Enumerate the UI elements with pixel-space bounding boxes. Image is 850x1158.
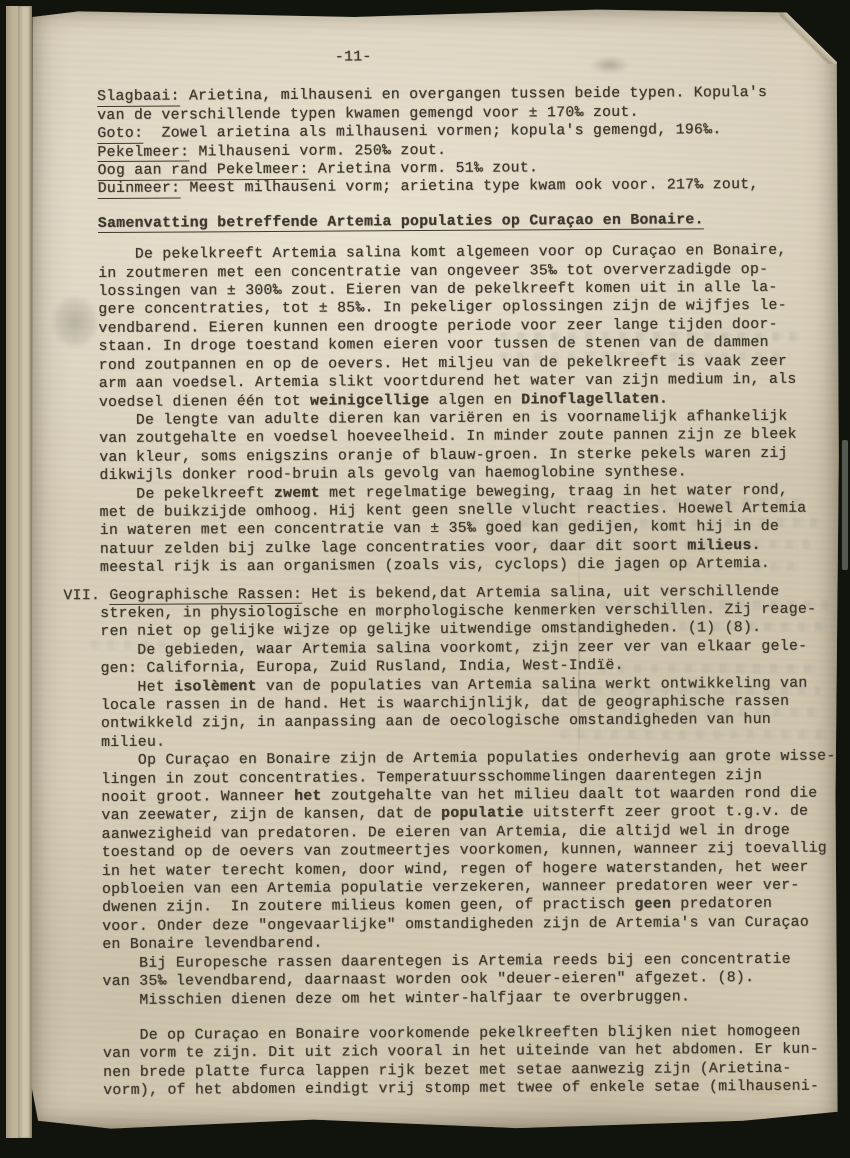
- typewritten-content: -11- Slagbaai: Arietina, milhauseni en o…: [27, 6, 844, 1135]
- text-segment: Misschien dienen deze om het winter-half…: [139, 989, 690, 1008]
- text-segment: van de populaties van Artemia salina wer…: [257, 675, 808, 694]
- text-segment: ontwikkeld zijn, in aanpassing aan de oe…: [101, 712, 771, 732]
- locality-records: Slagbaai: Arietina, milhauseni en overga…: [97, 84, 820, 199]
- text-segment: van zoutgehalte en voedsel hoeveelheid. …: [99, 427, 797, 447]
- text-segment: dikwijls donker rood-bruin als gevolg va…: [99, 465, 687, 485]
- text-segment: VII.: [63, 588, 109, 604]
- text-segment: van vorm te zijn. Dit uit zich vooral in…: [103, 1042, 819, 1062]
- text-segment: Milhauseni vorm. 250‰ zout.: [189, 143, 446, 161]
- text-segment: in wateren met een concentratie van ± 35…: [100, 519, 779, 539]
- text-segment: Arietina, milhauseni en overgangen tusse…: [180, 85, 768, 105]
- text-line: Samenvatting betreffende Artemia populat…: [98, 210, 820, 233]
- underlined-text: Samenvatting betreffende Artemia populat…: [98, 212, 704, 233]
- underlined-text: Duinmeer:: [98, 181, 181, 199]
- text-segment: voedsel dienen één tot: [99, 393, 310, 410]
- text-line: Misschien dienen deze om het winter-half…: [139, 987, 824, 1010]
- text-segment: nooit groot. Wanneer: [101, 789, 294, 806]
- text-segment: Meest milhauseni vorm; arietina type kwa…: [180, 177, 758, 197]
- text-segment: zoutgehalte van het milieu daalt tot waa…: [322, 786, 818, 805]
- scanned-document: { "colors": { "bg": "#11140c", "paper": …: [0, 0, 850, 1158]
- text-segment: weinigcellige: [310, 393, 429, 410]
- text-segment: Bij Europesche rassen daarentegen is Art…: [139, 951, 791, 971]
- text-segment: met regelmatige beweging, traag in het w…: [320, 482, 788, 501]
- text-segment: toestand op de oevers van zoutmeertjes v…: [102, 841, 827, 861]
- text-line: Duinmeer: Meest milhauseni vorm; arietin…: [98, 176, 820, 199]
- text-segment: en Bonaire levendbarend.: [102, 936, 322, 953]
- text-segment: Het is bekend,dat Artemia salina, uit ve…: [302, 583, 779, 602]
- abdomen-paragraph: De op Curaçao en Bonaire voorkomende pek…: [103, 1023, 825, 1101]
- text-segment: Dinoflagellaten.: [521, 391, 668, 408]
- summary-heading: Samenvatting betreffende Artemia populat…: [98, 210, 820, 233]
- text-segment: van de verschillende typen kwamen gemeng…: [97, 105, 639, 124]
- text-segment: milieus.: [687, 538, 761, 554]
- text-segment: dwenen zijn. In zoutere milieus komen ge…: [102, 897, 635, 916]
- document-page: -11- Slagbaai: Arietina, milhauseni en o…: [30, 8, 840, 1132]
- summary-body: De pekelkreeft Artemia salina komt algem…: [98, 242, 822, 578]
- underlined-text: Pekelmeer:: [97, 144, 189, 162]
- text-segment: voor. Onder deze "ongevaarlijke" omstand…: [102, 915, 809, 935]
- underlined-text: Geographische Rassen:: [109, 586, 302, 605]
- document-sections: Slagbaai: Arietina, milhauseni en overga…: [97, 84, 825, 1101]
- text-segment: zwemt: [274, 485, 320, 501]
- text-segment: predatoren: [671, 896, 772, 913]
- underlined-text: Oog aan rand Pekelmeer:: [98, 162, 309, 181]
- text-segment: staan. In droge toestand komen eieren vo…: [99, 335, 769, 355]
- section-vii-geographic-races: VII. Geographische Rassen: Het is bekend…: [100, 582, 825, 1010]
- underlined-text: Goto:: [97, 126, 143, 144]
- text-segment: ren niet op gelijke wijze op gelijke uit…: [100, 620, 761, 640]
- text-segment: De pekelkreeft: [136, 485, 274, 502]
- underlying-sheet-sliver: [842, 440, 848, 570]
- stacked-page-edge-outer: [6, 6, 18, 1138]
- text-segment: milieu.: [101, 734, 165, 750]
- text-segment: algen en: [429, 392, 521, 409]
- text-segment: natuur zelden bij zulke lage concentrati…: [100, 538, 688, 558]
- underlined-text: Slagbaai:: [97, 89, 180, 107]
- text-segment: Op Curaçao en Bonaire zijn de Artemia po…: [138, 749, 836, 769]
- page-number: -11-: [335, 46, 819, 67]
- text-segment: De pekelkreeft Artemia salina komt algem…: [135, 243, 787, 263]
- text-segment: vorm), of het abdomen eindigt vrij stomp…: [103, 1079, 819, 1099]
- text-segment: meestal rijk is aan organismen (zoals vi…: [100, 556, 770, 576]
- text-segment: Zowel arietina als milhauseni vormen; ko…: [143, 122, 721, 142]
- text-segment: van 35‰ levendbarend, daarnaast worden o…: [102, 970, 754, 990]
- text-segment: Arietina vorm. 51‰ zout.: [309, 160, 539, 177]
- text-segment: uitsterft zeer groot t.g.v. de: [524, 804, 809, 822]
- text-segment: populatie: [441, 806, 524, 823]
- text-line: meestal rijk is aan organismen (zoals vi…: [100, 555, 822, 578]
- text-segment: het: [294, 789, 322, 805]
- text-line: vorm), of het abdomen eindigt vrij stomp…: [103, 1078, 825, 1101]
- text-segment: De gebieden, waar Artemia salina voorkom…: [137, 638, 807, 658]
- text-segment: De lengte van adulte dieren kan variëren…: [136, 409, 788, 429]
- text-segment: geen: [634, 897, 671, 913]
- text-segment: van zeewater, zijn de kansen, dat de: [101, 806, 441, 824]
- text-segment: isolèment: [174, 679, 257, 696]
- text-segment: Het: [137, 679, 174, 695]
- text-segment: arm aan voedsel. Artemia slikt voortdure…: [99, 372, 797, 392]
- stacked-page-edge-inner: [18, 6, 32, 1138]
- text-segment: gen: California, Europa, Zuid Rusland, I…: [101, 658, 624, 677]
